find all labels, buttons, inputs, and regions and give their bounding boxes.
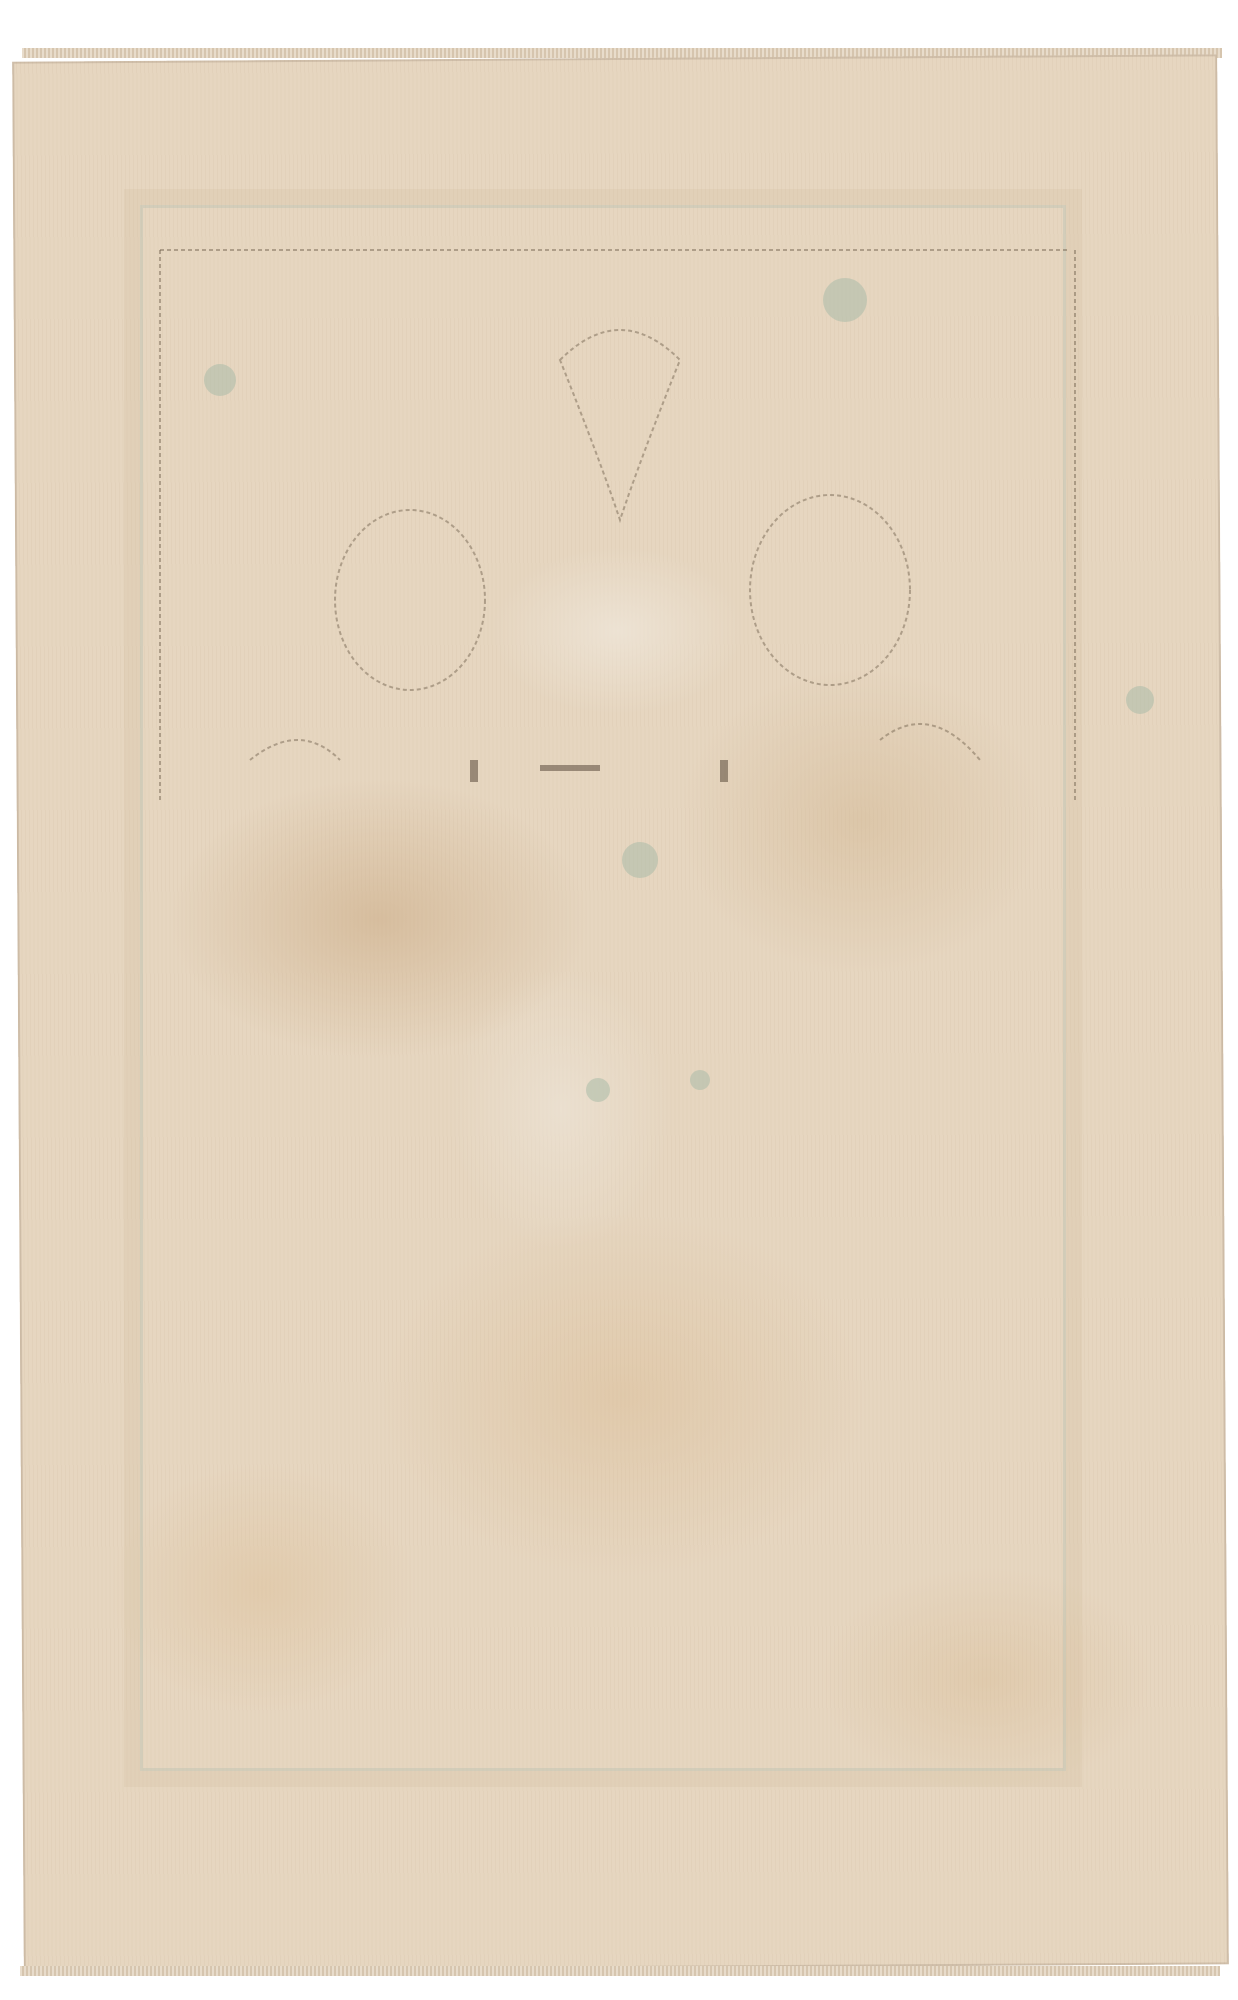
rug-fringe-bottom bbox=[20, 1966, 1220, 1976]
rug-motifs bbox=[0, 0, 1238, 2000]
